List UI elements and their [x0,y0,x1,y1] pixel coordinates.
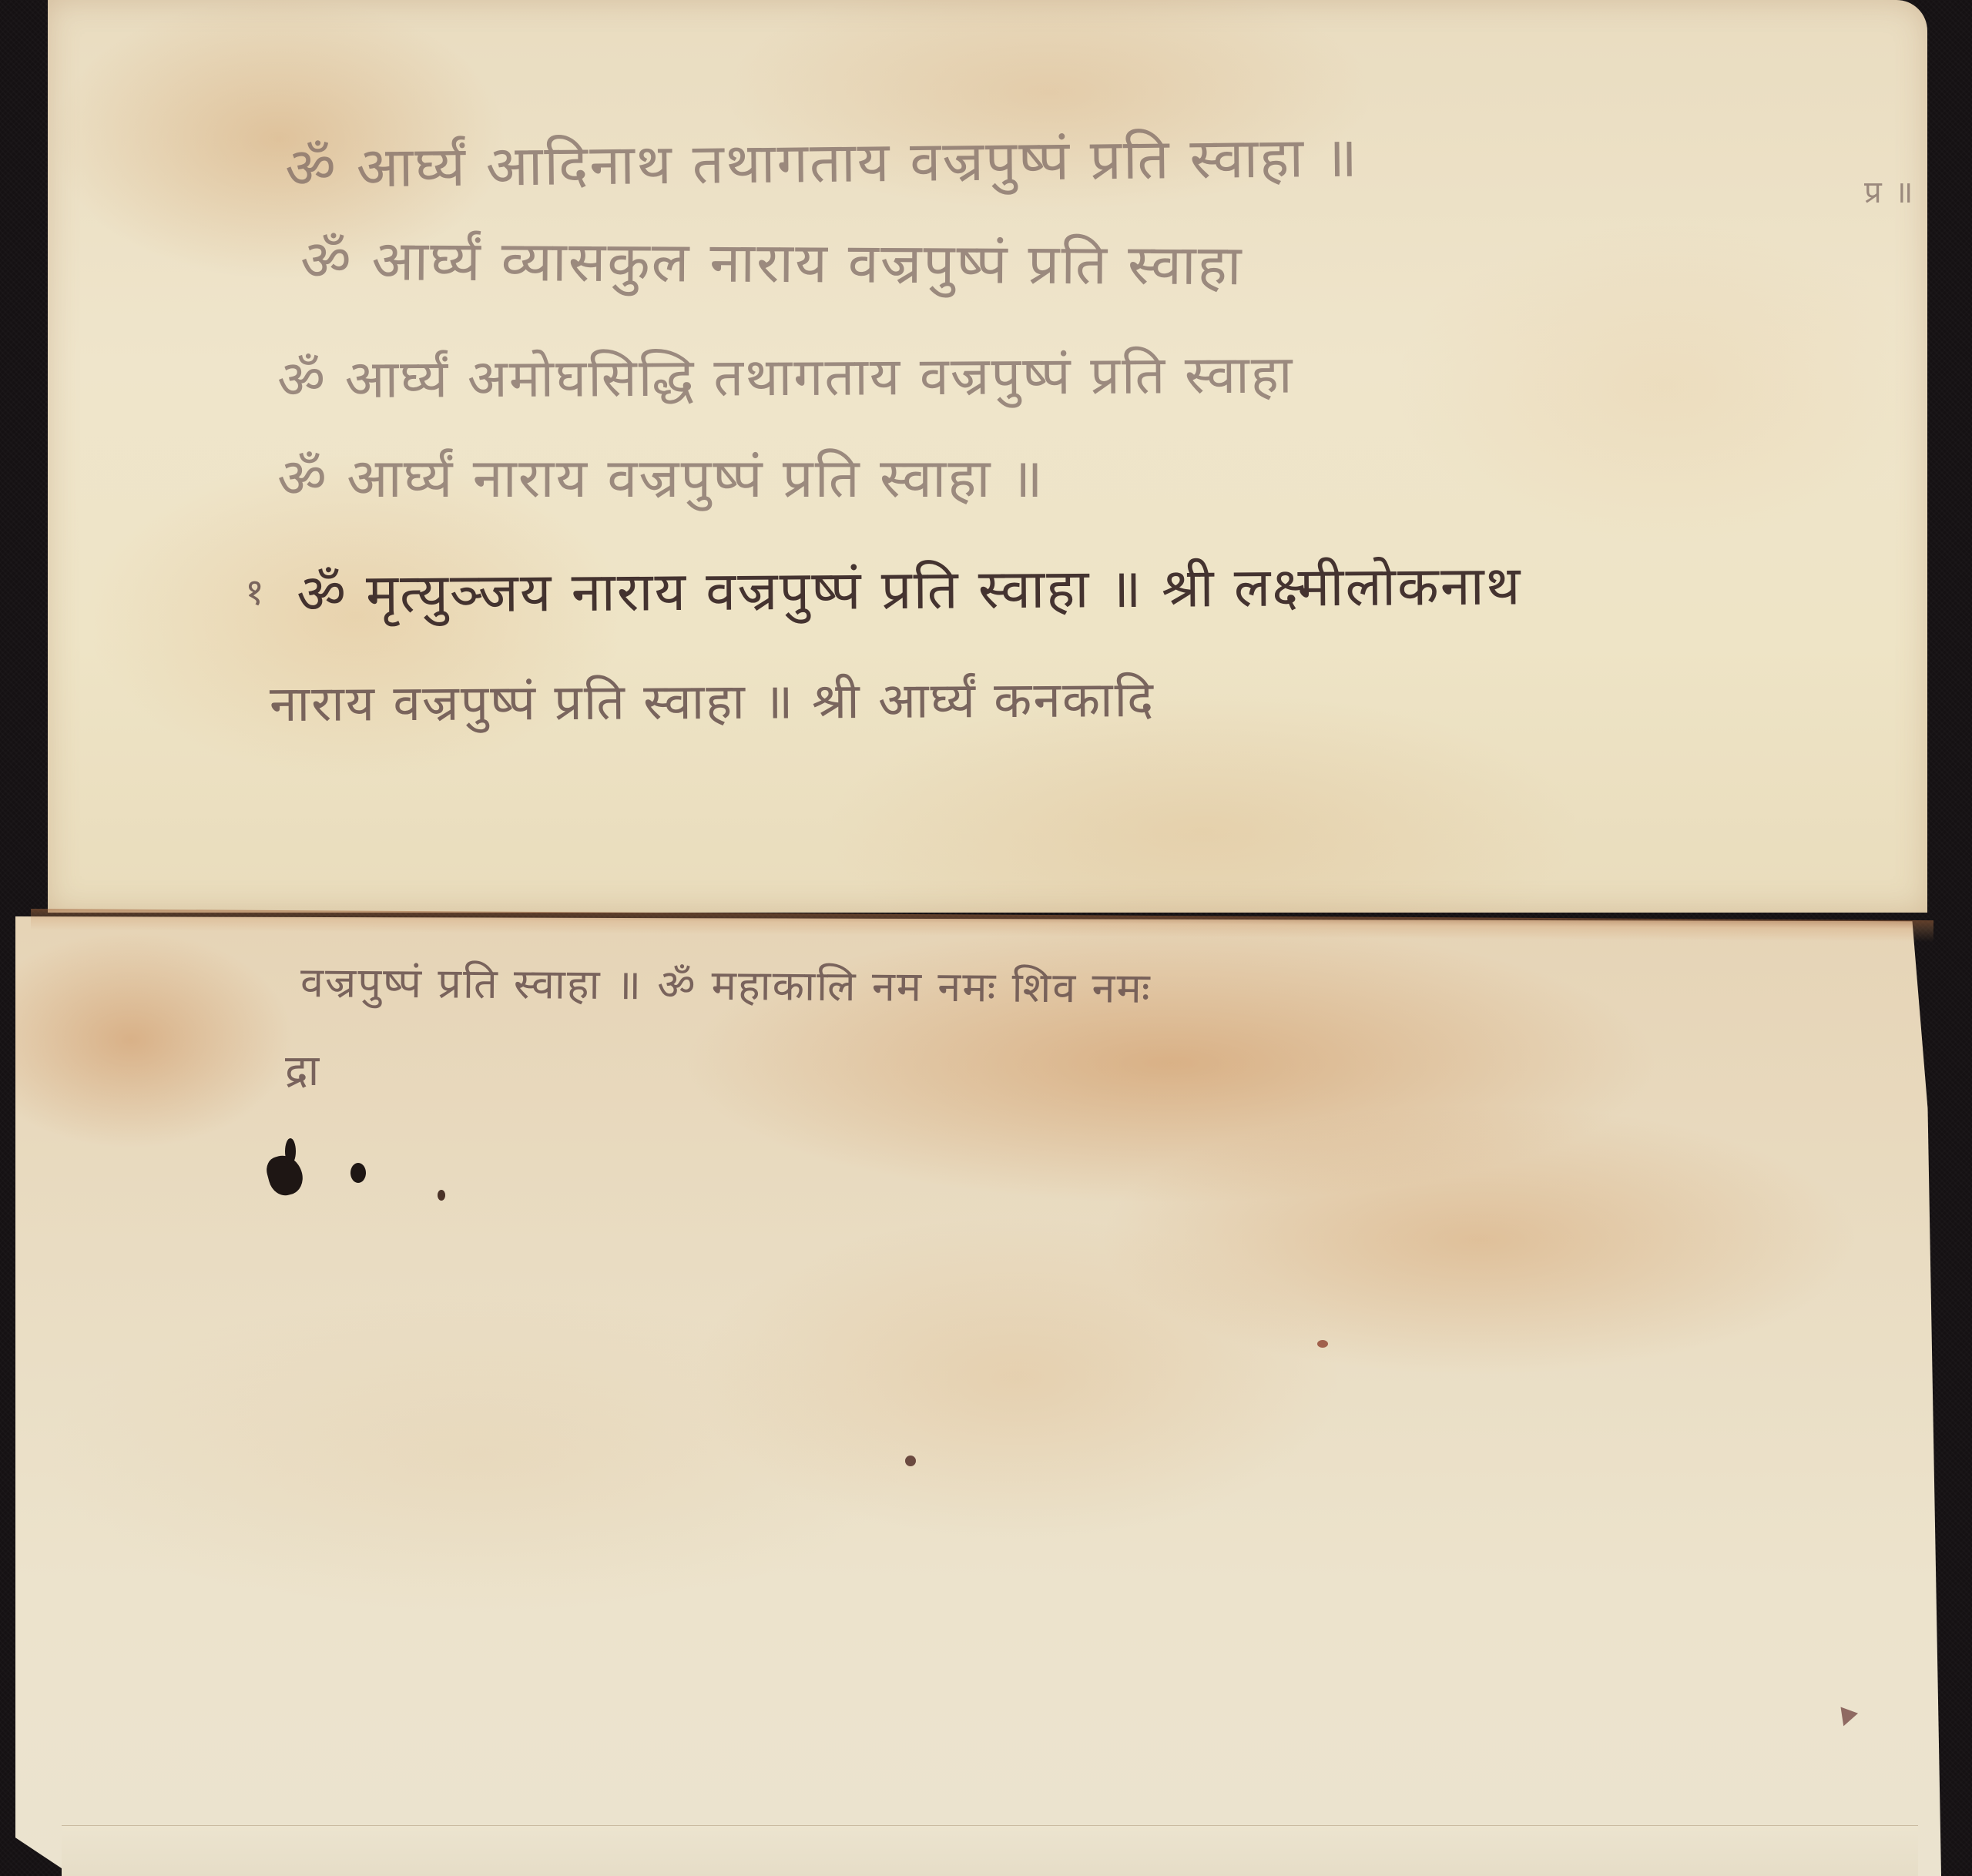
manuscript-line-1: ॐ आर्घ्यं आदिनाथ तथागताय वज्रपुष्पं प्रत… [285,118,1360,205]
underlying-page-edge [62,1825,1918,1876]
lower-line-2: द्रा [285,1040,320,1098]
stain-dot [905,1456,916,1466]
lower-line-1: वज्रपुष्पं प्रति स्वाहा ॥ ॐ महाकालि नम न… [300,952,1152,1015]
stain-dot-red [1317,1340,1328,1348]
ink-dot [350,1163,366,1183]
manuscript-line-2: ॐ आर्घ्यं व्यासकुल नाराय वज्रपुष्पं प्रत… [300,221,1243,301]
manuscript-line-4: ॐ आर्घ्यं नाराय वज्रपुष्पं प्रति स्वाहा … [277,439,1045,513]
ink-dot-small [438,1190,445,1201]
manuscript-photo: ॐ आर्घ्यं आदिनाथ तथागताय वज्रपुष्पं प्रत… [0,0,1972,1876]
section-number: १ [245,566,266,616]
section-line-2: नाराय वज्रपुष्पं प्रति स्वाहा ॥ श्री आर्… [270,664,1155,735]
section-line-1: ॐ मृत्युञ्जय नाराय वज्रपुष्पं प्रति स्वा… [297,546,1522,628]
manuscript-line-3: ॐ आर्घ्यं अमोघसिद्धि तथागताय वज्रपुष्पं … [277,337,1294,414]
margin-note: प्र ॥ [1864,169,1914,212]
ink-blot-stroke [285,1138,296,1164]
